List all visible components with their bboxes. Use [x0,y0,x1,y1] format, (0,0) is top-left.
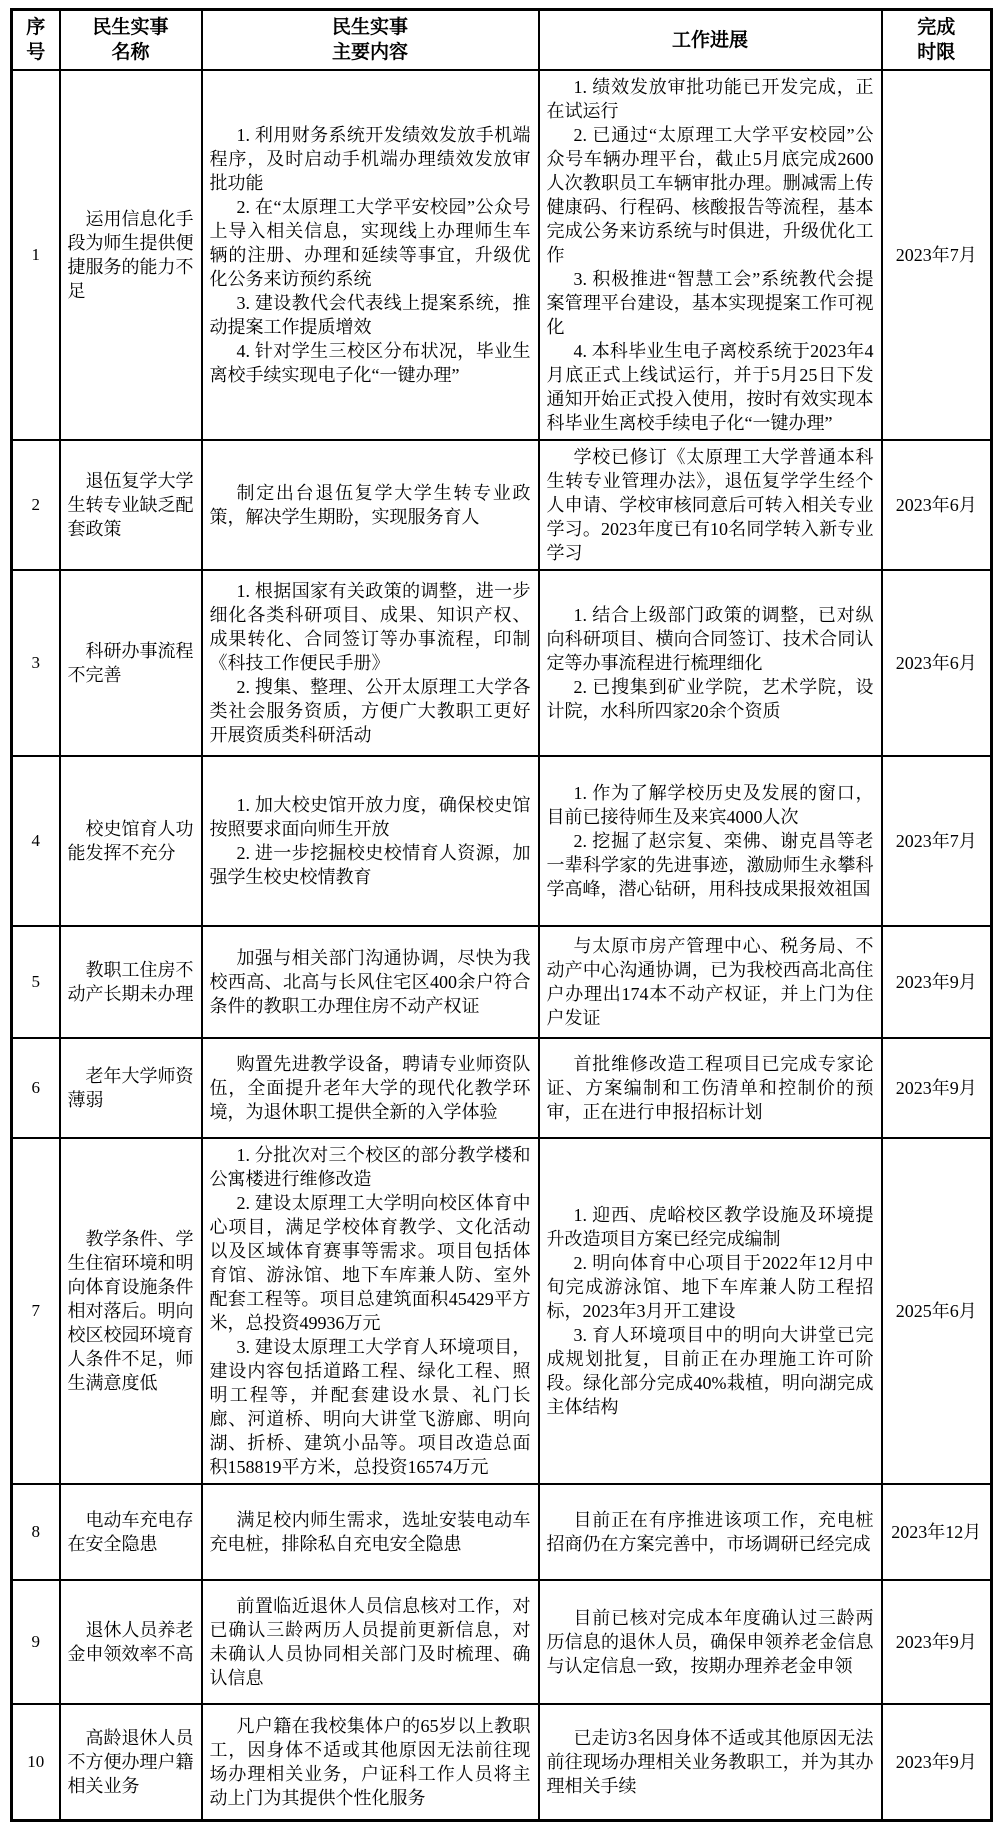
name-text: 运用信息化手段为师生提供便捷服务的能力不足 [68,207,194,303]
name-text: 教职工住房不动产长期未办理 [68,958,194,1006]
header-seq: 序号 [12,10,60,71]
progress-paragraph: 首批维修改造工程项目已完成专家论证、方案编制和工伤清单和控制价的预审，正在进行申… [547,1052,874,1124]
table-row: 6老年大学师资薄弱购置先进教学设备，聘请专业师资队伍，全面提升老年大学的现代化教… [12,1038,992,1138]
header-content: 民生实事 主要内容 [202,10,539,71]
progress-paragraph: 目前已核对完成本年度确认过三龄两历信息的退休人员，确保申领养老金信息与认定信息一… [547,1606,874,1678]
table-body: 1运用信息化手段为师生提供便捷服务的能力不足1. 利用财务系统开发绩效发放手机端… [12,70,992,1820]
header-deadline: 完成 时限 [882,10,992,71]
progress-paragraph: 2. 挖掘了赵宗复、栾佛、谢克昌等老一辈科学家的先进事迹，激励师生永攀科学高峰，… [547,829,874,901]
seq-cell: 2 [12,440,60,570]
deadline-cell: 2023年12月 [882,1484,992,1580]
content-paragraph: 前置临近退休人员信息核对工作，对已确认三龄两历人员提前更新信息，对未确认人员协同… [210,1594,531,1690]
name-text: 教学条件、学生住宿环境和明向体育设施条件相对落后。明向校区校园环境育人条件不足，… [68,1227,194,1395]
content-cell: 1. 利用财务系统开发绩效发放手机端程序，及时启动手机端办理绩效发放审批功能2.… [202,70,539,440]
progress-cell: 1. 作为了解学校历史及发展的窗口，目前已接待师生及来宾4000人次2. 挖掘了… [539,756,882,926]
seq-cell: 6 [12,1038,60,1138]
content-paragraph: 加强与相关部门沟通协调，尽快为我校西高、北高与长风住宅区400余户符合条件的教职… [210,946,531,1018]
content-paragraph: 1. 分批次对三个校区的部分教学楼和公寓楼进行维修改造 [210,1143,531,1191]
deadline-cell: 2023年9月 [882,1704,992,1820]
name-text: 高龄退休人员不方便办理户籍相关业务 [68,1726,194,1798]
content-cell: 加强与相关部门沟通协调，尽快为我校西高、北高与长风住宅区400余户符合条件的教职… [202,926,539,1038]
deadline-cell: 2023年7月 [882,70,992,440]
name-cell: 退休人员养老金申领效率不高 [60,1580,202,1704]
progress-cell: 目前正在有序推进该项工作，充电桩招商仍在方案完善中，市场调研已经完成 [539,1484,882,1580]
name-cell: 科研办事流程不完善 [60,570,202,756]
progress-paragraph: 3. 积极推进“智慧工会”系统教代会提案管理平台建设，基本实现提案工作可视化 [547,267,874,339]
content-cell: 凡户籍在我校集体户的65岁以上教职工，因身体不适或其他原因无法前往现场办理相关业… [202,1704,539,1820]
seq-cell: 3 [12,570,60,756]
content-paragraph: 1. 利用财务系统开发绩效发放手机端程序，及时启动手机端办理绩效发放审批功能 [210,123,531,195]
progress-paragraph: 1. 绩效发放审批功能已开发完成，正在试运行 [547,75,874,123]
name-cell: 运用信息化手段为师生提供便捷服务的能力不足 [60,70,202,440]
content-paragraph: 购置先进教学设备，聘请专业师资队伍，全面提升老年大学的现代化教学环境，为退休职工… [210,1052,531,1124]
deadline-cell: 2025年6月 [882,1138,992,1484]
seq-cell: 1 [12,70,60,440]
content-paragraph: 2. 进一步挖掘校史校情育人资源，加强学生校史校情教育 [210,841,531,889]
progress-cell: 目前已核对完成本年度确认过三龄两历信息的退休人员，确保申领养老金信息与认定信息一… [539,1580,882,1704]
progress-paragraph: 2. 已搜集到矿业学院，艺术学院，设计院，水科所四家20余个资质 [547,675,874,723]
progress-paragraph: 1. 迎西、虎峪校区教学设施及环境提升改造项目方案已经完成编制 [547,1203,874,1251]
content-paragraph: 满足校内师生需求，选址安装电动车充电桩，排除私自充电安全隐患 [210,1508,531,1556]
header-name: 民生实事 名称 [60,10,202,71]
content-cell: 1. 加大校史馆开放力度，确保校史馆按照要求面向师生开放2. 进一步挖掘校史校情… [202,756,539,926]
progress-paragraph: 目前正在有序推进该项工作，充电桩招商仍在方案完善中，市场调研已经完成 [547,1508,874,1556]
table-row: 9退休人员养老金申领效率不高前置临近退休人员信息核对工作，对已确认三龄两历人员提… [12,1580,992,1704]
name-text: 退伍复学大学生转专业缺乏配套政策 [68,469,194,541]
name-text: 科研办事流程不完善 [68,639,194,687]
content-paragraph: 2. 在“太原理工大学平安校园”公众号上导入相关信息，实现线上办理师生车辆的注册… [210,195,531,291]
deadline-cell: 2023年9月 [882,1580,992,1704]
progress-paragraph: 已走访3名因身体不适或其他原因无法前往现场办理相关业务教职工，并为其办理相关手续 [547,1726,874,1798]
deadline-cell: 2023年7月 [882,756,992,926]
table-row: 4校史馆育人功能发挥不充分1. 加大校史馆开放力度，确保校史馆按照要求面向师生开… [12,756,992,926]
content-cell: 满足校内师生需求，选址安装电动车充电桩，排除私自充电安全隐患 [202,1484,539,1580]
name-cell: 老年大学师资薄弱 [60,1038,202,1138]
progress-paragraph: 2. 明向体育中心项目于2022年12月中旬完成游泳馆、地下车库兼人防工程招标，… [547,1251,874,1323]
progress-cell: 与太原市房产管理中心、税务局、不动产中心沟通协调，已为我校西高北高住户办理出17… [539,926,882,1038]
progress-paragraph: 2. 已通过“太原理工大学平安校园”公众号车辆办理平台，截止5月底完成2600人… [547,123,874,267]
progress-cell: 1. 迎西、虎峪校区教学设施及环境提升改造项目方案已经完成编制2. 明向体育中心… [539,1138,882,1484]
content-cell: 制定出台退伍复学大学生转专业政策，解决学生期盼，实现服务育人 [202,440,539,570]
content-paragraph: 2. 建设太原理工大学明向校区体育中心项目，满足学校体育教学、文化活动以及区域体… [210,1191,531,1335]
deadline-cell: 2023年6月 [882,440,992,570]
progress-paragraph: 3. 育人环境项目中的明向大讲堂已完成规划批复，目前正在办理施工许可阶段。绿化部… [547,1323,874,1419]
deadline-cell: 2023年9月 [882,1038,992,1138]
content-paragraph: 3. 建设教代会代表线上提案系统，推动提案工作提质增效 [210,291,531,339]
progress-cell: 1. 绩效发放审批功能已开发完成，正在试运行2. 已通过“太原理工大学平安校园”… [539,70,882,440]
document-sheet: 序号民生实事 名称民生实事 主要内容工作进展完成 时限 1运用信息化手段为师生提… [0,0,1000,1830]
table-row: 2退伍复学大学生转专业缺乏配套政策制定出台退伍复学大学生转专业政策，解决学生期盼… [12,440,992,570]
content-paragraph: 1. 根据国家有关政策的调整，进一步细化各类科研项目、成果、知识产权、成果转化、… [210,579,531,675]
header-row: 序号民生实事 名称民生实事 主要内容工作进展完成 时限 [12,10,992,71]
progress-cell: 已走访3名因身体不适或其他原因无法前往现场办理相关业务教职工，并为其办理相关手续 [539,1704,882,1820]
content-paragraph: 凡户籍在我校集体户的65岁以上教职工，因身体不适或其他原因无法前往现场办理相关业… [210,1714,531,1810]
progress-paragraph: 1. 作为了解学校历史及发展的窗口，目前已接待师生及来宾4000人次 [547,781,874,829]
progress-paragraph: 与太原市房产管理中心、税务局、不动产中心沟通协调，已为我校西高北高住户办理出17… [547,934,874,1030]
name-cell: 退伍复学大学生转专业缺乏配套政策 [60,440,202,570]
progress-paragraph: 4. 本科毕业生电子离校系统于2023年4月底正式上线试运行，并于5月25日下发… [547,339,874,435]
name-text: 电动车充电存在安全隐患 [68,1508,194,1556]
seq-cell: 7 [12,1138,60,1484]
progress-cell: 1. 结合上级部门政策的调整，已对纵向科研项目、横向合同签订、技术合同认定等办事… [539,570,882,756]
deadline-cell: 2023年9月 [882,926,992,1038]
content-cell: 购置先进教学设备，聘请专业师资队伍，全面提升老年大学的现代化教学环境，为退休职工… [202,1038,539,1138]
table-row: 1运用信息化手段为师生提供便捷服务的能力不足1. 利用财务系统开发绩效发放手机端… [12,70,992,440]
seq-cell: 9 [12,1580,60,1704]
header-progress: 工作进展 [539,10,882,71]
content-cell: 前置临近退休人员信息核对工作，对已确认三龄两历人员提前更新信息，对未确认人员协同… [202,1580,539,1704]
deadline-cell: 2023年6月 [882,570,992,756]
content-cell: 1. 根据国家有关政策的调整，进一步细化各类科研项目、成果、知识产权、成果转化、… [202,570,539,756]
name-cell: 教学条件、学生住宿环境和明向体育设施条件相对落后。明向校区校园环境育人条件不足，… [60,1138,202,1484]
content-paragraph: 4. 针对学生三校区分布状况，毕业生离校手续实现电子化“一键办理” [210,339,531,387]
seq-cell: 5 [12,926,60,1038]
content-cell: 1. 分批次对三个校区的部分教学楼和公寓楼进行维修改造2. 建设太原理工大学明向… [202,1138,539,1484]
table-row: 5教职工住房不动产长期未办理加强与相关部门沟通协调，尽快为我校西高、北高与长风住… [12,926,992,1038]
progress-paragraph: 1. 结合上级部门政策的调整，已对纵向科研项目、横向合同签订、技术合同认定等办事… [547,603,874,675]
name-text: 校史馆育人功能发挥不充分 [68,817,194,865]
content-paragraph: 1. 加大校史馆开放力度，确保校史馆按照要求面向师生开放 [210,793,531,841]
minsheng-projects-table: 序号民生实事 名称民生实事 主要内容工作进展完成 时限 1运用信息化手段为师生提… [10,8,993,1822]
seq-cell: 8 [12,1484,60,1580]
name-cell: 校史馆育人功能发挥不充分 [60,756,202,926]
content-paragraph: 3. 建设太原理工大学育人环境项目，建设内容包括道路工程、绿化工程、照明工程等，… [210,1335,531,1479]
content-paragraph: 制定出台退伍复学大学生转专业政策，解决学生期盼，实现服务育人 [210,481,531,529]
name-cell: 电动车充电存在安全隐患 [60,1484,202,1580]
name-text: 老年大学师资薄弱 [68,1064,194,1112]
progress-cell: 学校已修订《太原理工大学普通本科生转专业管理办法》，退伍复学学生经个人申请、学校… [539,440,882,570]
progress-paragraph: 学校已修订《太原理工大学普通本科生转专业管理办法》，退伍复学学生经个人申请、学校… [547,445,874,565]
table-row: 3科研办事流程不完善1. 根据国家有关政策的调整，进一步细化各类科研项目、成果、… [12,570,992,756]
content-paragraph: 2. 搜集、整理、公开太原理工大学各类社会服务资质，方便广大教职工更好开展资质类… [210,675,531,747]
seq-cell: 10 [12,1704,60,1820]
progress-cell: 首批维修改造工程项目已完成专家论证、方案编制和工伤清单和控制价的预审，正在进行申… [539,1038,882,1138]
name-text: 退休人员养老金申领效率不高 [68,1618,194,1666]
table-row: 10高龄退休人员不方便办理户籍相关业务凡户籍在我校集体户的65岁以上教职工，因身… [12,1704,992,1820]
table-row: 7教学条件、学生住宿环境和明向体育设施条件相对落后。明向校区校园环境育人条件不足… [12,1138,992,1484]
name-cell: 高龄退休人员不方便办理户籍相关业务 [60,1704,202,1820]
table-row: 8电动车充电存在安全隐患满足校内师生需求，选址安装电动车充电桩，排除私自充电安全… [12,1484,992,1580]
name-cell: 教职工住房不动产长期未办理 [60,926,202,1038]
seq-cell: 4 [12,756,60,926]
